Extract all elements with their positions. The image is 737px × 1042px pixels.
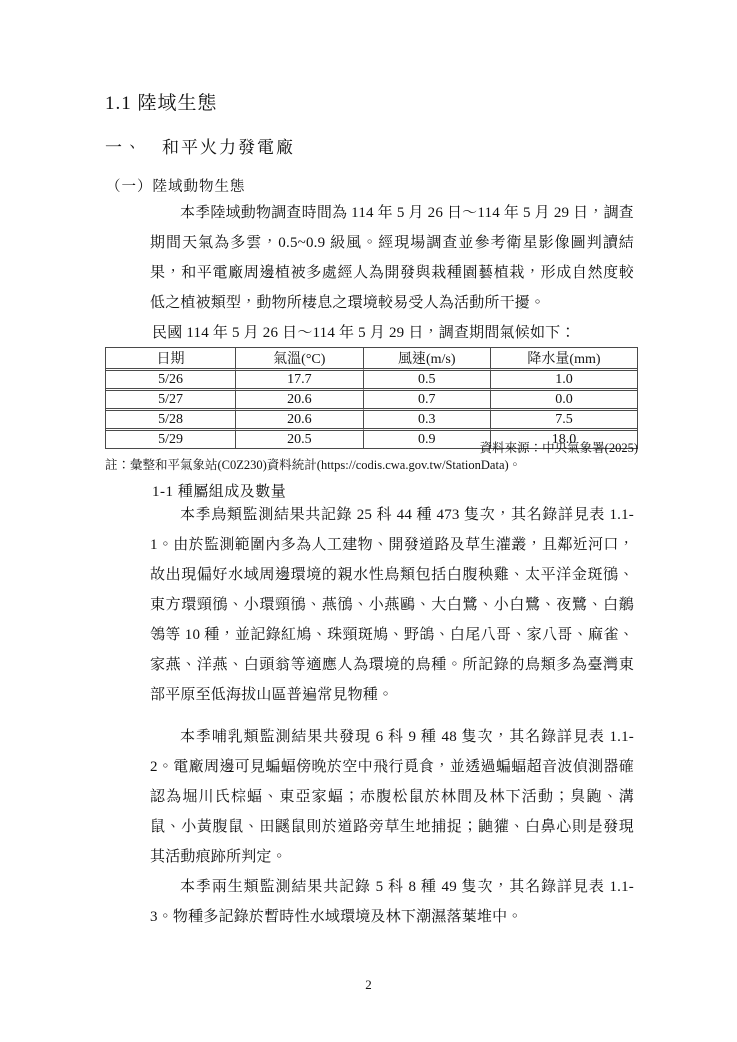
- section-heading: 1.1 陸域生態: [105, 88, 218, 115]
- table-row: 5/26 17.7 0.5 1.0: [106, 371, 637, 391]
- station-footnote: 註：彙整和平氣象站(C0Z230)資料統計(https://codis.cwa.…: [105, 455, 521, 473]
- cell-date: 5/26: [106, 371, 236, 391]
- col-header-precipitation: 降水量(mm): [491, 348, 637, 371]
- weather-table: 日期 氣溫(°C) 風速(m/s) 降水量(mm) 5/26 17.7 0.5 …: [105, 347, 638, 449]
- cell-precipitation: 1.0: [491, 371, 637, 391]
- climate-intro-line: 民國 114 年 5 月 26 日～114 年 5 月 29 日，調查期間氣候如…: [152, 318, 636, 348]
- table-row: 5/28 20.6 0.3 7.5: [106, 411, 637, 431]
- col-header-temperature: 氣溫(°C): [236, 348, 363, 371]
- cell-wind-speed: 0.7: [364, 391, 491, 411]
- col-header-wind-speed: 風速(m/s): [364, 348, 491, 371]
- species-composition-heading: 1-1 種屬組成及數量: [152, 480, 286, 501]
- cell-wind-speed: 0.3: [364, 411, 491, 431]
- birds-paragraph: 本季鳥類監測結果共記錄 25 科 44 種 473 隻次，其名錄詳見表 1.1-…: [150, 500, 634, 710]
- cell-wind-speed: 0.5: [364, 371, 491, 391]
- cell-temperature: 20.6: [236, 411, 363, 431]
- report-page: 1.1 陸域生態 一、 和平火力發電廠 （一）陸域動物生態 本季陸域動物調查時間…: [0, 0, 737, 1042]
- table-row: 5/27 20.6 0.7 0.0: [106, 391, 637, 411]
- col-header-date: 日期: [106, 348, 236, 371]
- survey-paragraph: 本季陸域動物調查時間為 114 年 5 月 26 日～114 年 5 月 29 …: [150, 198, 634, 318]
- mammals-paragraph: 本季哺乳類監測結果共發現 6 科 9 種 48 隻次，其名錄詳見表 1.1-2。…: [150, 722, 634, 872]
- cell-temperature: 17.7: [236, 371, 363, 391]
- plant-heading: 一、 和平火力發電廠: [105, 133, 295, 158]
- cell-temperature: 20.6: [236, 391, 363, 411]
- cell-date: 5/28: [106, 411, 236, 431]
- page-number: 2: [0, 977, 737, 993]
- table-header-row: 日期 氣溫(°C) 風速(m/s) 降水量(mm): [106, 348, 637, 371]
- cell-precipitation: 0.0: [491, 391, 637, 411]
- cell-precipitation: 7.5: [491, 411, 637, 431]
- cell-date: 5/27: [106, 391, 236, 411]
- data-source-note: 資料來源：中央氣象署(2025): [105, 438, 638, 456]
- amphibians-paragraph: 本季兩生類監測結果共記錄 5 科 8 種 49 隻次，其名錄詳見表 1.1-3。…: [150, 872, 634, 932]
- subsection-heading: （一）陸域動物生態: [106, 175, 246, 196]
